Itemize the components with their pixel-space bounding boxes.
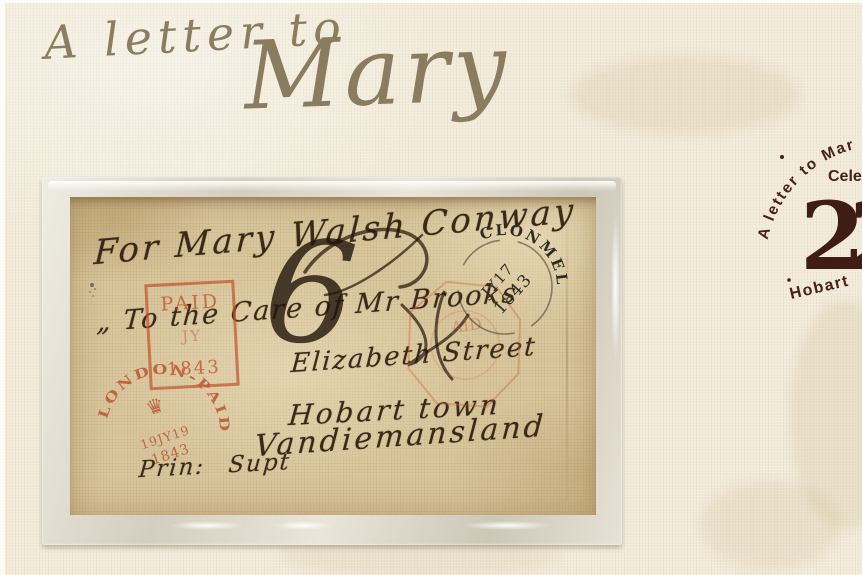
sleeve-gloss <box>170 521 244 530</box>
photo-of-letter: A letter to Mary For Mary Walsh Conway „… <box>0 0 862 575</box>
sleeve-gloss <box>272 521 334 530</box>
envelope: For Mary Walsh Conway „ To the Care of M… <box>70 197 596 515</box>
sleeve-glare <box>48 181 616 191</box>
ship-letter-stamp: SHIP LETTER-LONDON-PAID ♛ 19JY19 1843 <box>88 356 238 506</box>
sleeve-gloss <box>611 211 620 361</box>
clonmel-postmark: CLONMEL JY17 1843 <box>440 222 570 352</box>
crown-icon: ♛ <box>143 392 167 420</box>
photo-edge <box>0 0 5 575</box>
seal-dot <box>787 278 791 282</box>
caption-script-line2: Mary <box>242 13 512 131</box>
protective-sleeve: For Mary Walsh Conway „ To the Care of M… <box>42 177 622 545</box>
sleeve-gloss <box>462 521 552 530</box>
paper-stain <box>700 480 840 570</box>
paid-box-word: PAID <box>160 290 221 315</box>
photo-edge <box>0 0 862 3</box>
seal-dot <box>780 155 784 159</box>
seal-number-partial: 2 <box>849 190 862 284</box>
paid-box-month: JY <box>182 326 203 345</box>
